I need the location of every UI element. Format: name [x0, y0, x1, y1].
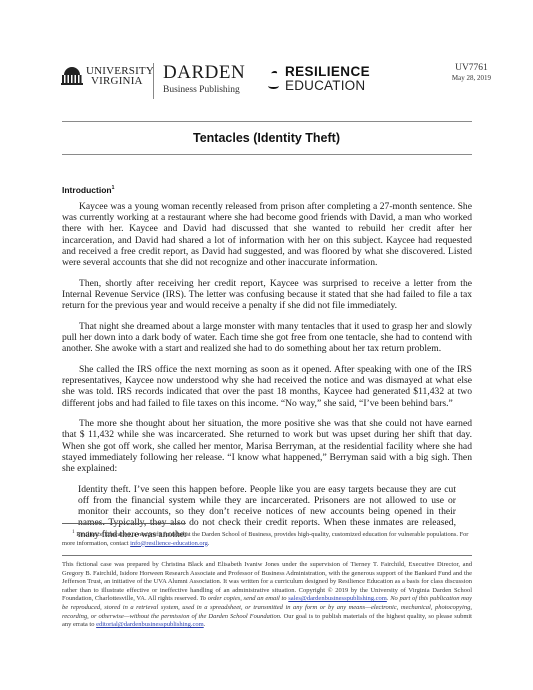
- footnote-rule: [62, 523, 186, 524]
- resilience-logo-line2: EDUCATION: [285, 79, 370, 93]
- footnote-email-link[interactable]: info@resilience-education.org: [130, 540, 208, 547]
- section-heading: Introduction1: [62, 185, 114, 195]
- title-rule-top: [62, 121, 472, 122]
- copyright-order-text: To order copies, send an email to: [200, 595, 289, 602]
- darden-subtitle: Business Publishing: [163, 85, 245, 95]
- resilience-logo-line1: RESILIENCE: [285, 65, 370, 79]
- section-heading-text: Introduction: [62, 185, 112, 195]
- uva-logo-line2: VIRGINIA: [86, 76, 154, 86]
- uva-logo: UNIVERSITY VIRGINIA: [61, 66, 154, 86]
- darden-logo: DARDEN Business Publishing: [163, 63, 245, 95]
- footnote-text: Resilience Education, a nonprofit founde…: [62, 531, 468, 546]
- paragraph: Kaycee was a young woman recently releas…: [62, 201, 472, 268]
- document-header: UNIVERSITY VIRGINIA DARDEN Business Publ…: [0, 60, 533, 105]
- case-id: UV7761: [452, 63, 491, 73]
- footnote-reference[interactable]: 1: [112, 185, 115, 191]
- rotunda-icon: [61, 67, 83, 85]
- document-page: UNIVERSITY VIRGINIA DARDEN Business Publ…: [0, 0, 533, 690]
- copyright-rule: [62, 555, 472, 556]
- birds-icon: [268, 68, 282, 90]
- copyright-end: .: [204, 621, 206, 628]
- case-identifier: UV7761 May 28, 2019: [452, 63, 491, 82]
- document-title: Tentacles (Identity Theft): [0, 131, 533, 145]
- darden-name: DARDEN: [163, 63, 245, 83]
- footnote-end: .: [208, 540, 210, 547]
- editorial-email-link[interactable]: editorial@dardenbusinesspublishing.com: [96, 621, 204, 628]
- title-rule-bottom: [62, 154, 472, 155]
- resilience-education-logo: RESILIENCE EDUCATION: [268, 65, 370, 93]
- paragraph: She called the IRS office the next morni…: [62, 364, 472, 409]
- case-date: May 28, 2019: [452, 74, 491, 82]
- footnote: 1 Resilience Education, a nonprofit foun…: [62, 528, 472, 548]
- logo-divider: [153, 63, 154, 99]
- sales-email-link[interactable]: sales@dardenbusinesspublishing.com: [288, 595, 387, 602]
- paragraph: The more she thought about her situation…: [62, 418, 472, 474]
- paragraph: Then, shortly after receiving her credit…: [62, 278, 472, 312]
- paragraph: That night she dreamed about a large mon…: [62, 321, 472, 355]
- copyright-notice: This fictional case was prepared by Chri…: [62, 561, 472, 630]
- body-text: Kaycee was a young woman recently releas…: [62, 201, 472, 549]
